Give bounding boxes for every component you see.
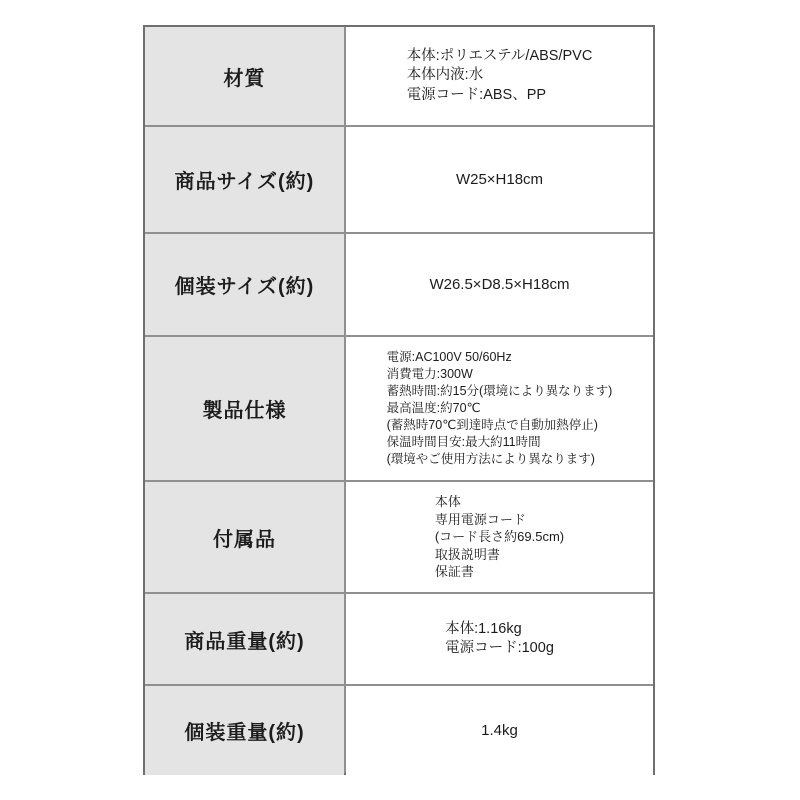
spec-row-accessories-value: 本体 専用電源コード (コード長さ約69.5cm) 取扱説明書 保証書 xyxy=(435,493,564,580)
spec-row-package-size-value: W26.5×D8.5×H18cm xyxy=(429,275,569,295)
spec-value-line: (コード長さ約69.5cm) xyxy=(435,528,564,545)
spec-row-package-weight-value: 1.4kg xyxy=(481,721,518,741)
spec-value-line: 専用電源コード xyxy=(435,511,564,528)
spec-value-line: 本体:1.16kg xyxy=(445,620,554,639)
spec-value-line: W26.5×D8.5×H18cm xyxy=(429,275,569,295)
spec-row-accessories-label: 付属品 xyxy=(213,523,276,552)
spec-row-material-label: 材質 xyxy=(224,62,266,91)
spec-row-package-size-value-cell: W26.5×D8.5×H18cm xyxy=(346,234,653,335)
spec-value-line: 蓄熱時間:約15分(環境により異なります) xyxy=(387,383,613,400)
spec-row-package-size-label: 個装サイズ(約) xyxy=(175,270,315,299)
spec-value-line: 最高温度:約70℃ xyxy=(387,400,613,417)
spec-value-line: 本体 xyxy=(435,493,564,510)
spec-value-line: 保温時間目安:最大約11時間 xyxy=(387,434,613,451)
spec-value-line: (蓄熱時70℃到達時点で自動加熱停止) xyxy=(387,417,613,434)
spec-value-line: 本体:ポリエステル/ABS/PVC xyxy=(407,47,593,66)
spec-row-product-weight-value-cell: 本体:1.16kg 電源コード:100g xyxy=(346,594,653,684)
spec-row-product-weight-label-cell: 商品重量(約) xyxy=(145,594,344,684)
spec-value-line: 消費電力:300W xyxy=(387,366,613,383)
spec-row-product-size-label: 商品サイズ(約) xyxy=(175,165,315,194)
spec-row-accessories-value-cell: 本体 専用電源コード (コード長さ約69.5cm) 取扱説明書 保証書 xyxy=(346,482,653,592)
spec-value-line: 電源コード:ABS、PP xyxy=(407,86,593,105)
spec-row-product-size-value: W25×H18cm xyxy=(456,170,543,190)
spec-row-package-weight-label-cell: 個装重量(約) xyxy=(145,686,344,775)
spec-value-line: W25×H18cm xyxy=(456,170,543,190)
spec-value-line: (環境やご使用方法により異なります) xyxy=(387,451,613,468)
spec-row-product-weight-value: 本体:1.16kg 電源コード:100g xyxy=(445,620,554,658)
spec-row-specs-label: 製品仕様 xyxy=(203,394,287,423)
page: 材質 本体:ポリエステル/ABS/PVC 本体内液:水 電源コード:ABS、PP… xyxy=(0,0,800,800)
spec-row-package-size-label-cell: 個装サイズ(約) xyxy=(145,234,344,335)
spec-row-accessories-label-cell: 付属品 xyxy=(145,482,344,592)
spec-row-product-size-value-cell: W25×H18cm xyxy=(346,127,653,232)
spec-row-specs-label-cell: 製品仕様 xyxy=(145,337,344,480)
spec-row-specs-value: 電源:AC100V 50/60Hz 消費電力:300W 蓄熱時間:約15分(環境… xyxy=(387,349,613,469)
spec-row-material-value: 本体:ポリエステル/ABS/PVC 本体内液:水 電源コード:ABS、PP xyxy=(407,47,593,104)
spec-value-line: 電源:AC100V 50/60Hz xyxy=(387,349,613,366)
spec-row-product-weight-label: 商品重量(約) xyxy=(184,625,304,654)
spec-row-product-size-label-cell: 商品サイズ(約) xyxy=(145,127,344,232)
spec-row-material-label-cell: 材質 xyxy=(145,27,344,125)
spec-row-material-value-cell: 本体:ポリエステル/ABS/PVC 本体内液:水 電源コード:ABS、PP xyxy=(346,27,653,125)
spec-row-package-weight-value-cell: 1.4kg xyxy=(346,686,653,775)
spec-row-specs-value-cell: 電源:AC100V 50/60Hz 消費電力:300W 蓄熱時間:約15分(環境… xyxy=(346,337,653,480)
spec-table: 材質 本体:ポリエステル/ABS/PVC 本体内液:水 電源コード:ABS、PP… xyxy=(143,25,655,775)
spec-row-package-weight-label: 個装重量(約) xyxy=(184,716,304,745)
spec-value-line: 電源コード:100g xyxy=(445,639,554,658)
spec-value-line: 本体内液:水 xyxy=(407,66,593,85)
spec-value-line: 取扱説明書 xyxy=(435,546,564,563)
spec-value-line: 保証書 xyxy=(435,563,564,580)
spec-value-line: 1.4kg xyxy=(481,721,518,741)
